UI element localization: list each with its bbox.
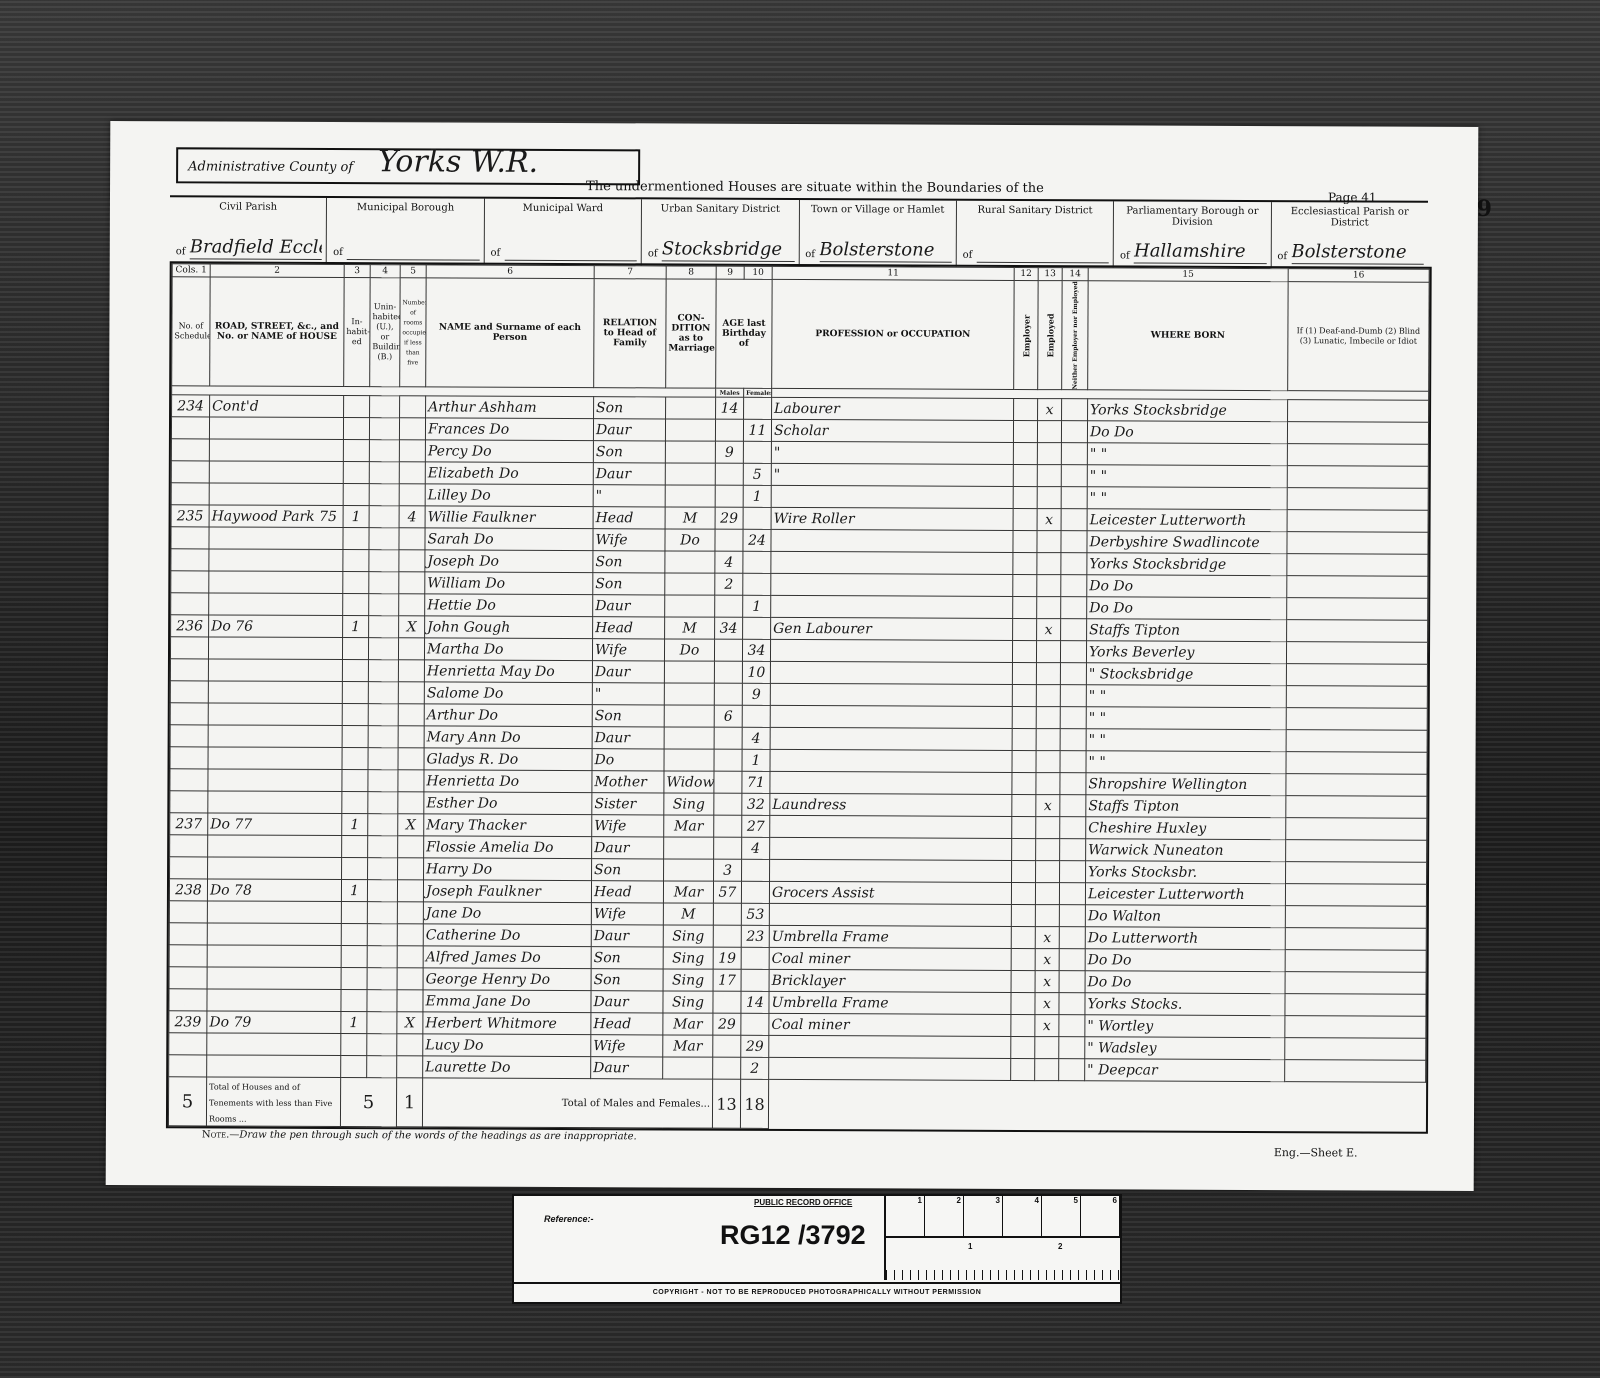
occupation [770, 684, 1012, 707]
reference-caption: Reference:- [544, 1214, 594, 1224]
header-relation: RELATION to Head of Family [594, 279, 666, 389]
road-house [209, 593, 343, 616]
total-houses-label: Total of Houses and of Tenements with le… [206, 1077, 340, 1127]
person-name: John Gough [425, 616, 593, 639]
occupation: Umbrella Frame [769, 926, 1011, 949]
rooms [399, 572, 425, 594]
district-value: Bolsterstone [819, 239, 951, 263]
age-female [743, 574, 771, 596]
road-house [207, 1033, 341, 1056]
rooms [397, 880, 423, 902]
age-female: 32 [742, 794, 770, 816]
condition [665, 551, 715, 573]
occupation [771, 530, 1013, 553]
copyright-notice: COPYRIGHT - NOT TO BE REPRODUCED PHOTOGR… [514, 1282, 1120, 1302]
occupation [770, 640, 1012, 663]
neither [1060, 861, 1086, 883]
infirmity [1287, 620, 1428, 643]
inhabited [342, 638, 368, 660]
rooms [397, 946, 423, 968]
age-male [713, 925, 741, 947]
neither [1061, 553, 1087, 575]
where-born: Do Do [1087, 421, 1287, 444]
occupation [771, 596, 1013, 619]
rooms [398, 704, 424, 726]
neither [1060, 641, 1086, 663]
occupation: Labourer [772, 398, 1014, 421]
neither [1060, 707, 1086, 729]
rooms [397, 968, 423, 990]
reference-code: RG12 /3792 [720, 1220, 866, 1251]
where-born: Yorks Stocksbridge [1088, 399, 1288, 422]
infirmity [1287, 598, 1428, 621]
employed [1037, 465, 1061, 487]
of-label: of [648, 248, 658, 259]
uninhabited [369, 484, 399, 506]
age-female: 1 [743, 486, 771, 508]
employed [1036, 729, 1060, 751]
occupation [770, 706, 1012, 729]
where-born: Leicester Lutterworth [1085, 883, 1285, 906]
relation: Daur [592, 661, 664, 683]
measurement-scale: 123456 12 [886, 1196, 1120, 1280]
age-female [743, 508, 771, 530]
infirmity [1288, 400, 1429, 423]
condition: Do [664, 639, 714, 661]
relation: Son [594, 397, 666, 419]
employer [1011, 1059, 1035, 1081]
employed [1037, 487, 1061, 509]
uninhabited [367, 990, 397, 1012]
employed [1036, 751, 1060, 773]
infirmity [1286, 708, 1427, 731]
schedule-number [170, 835, 208, 857]
district-value: Stocksbridge [662, 238, 794, 262]
boundaries-intro: The undermentioned Houses are situate wi… [586, 179, 1044, 196]
condition: M [665, 507, 715, 529]
infirmity [1286, 730, 1427, 753]
employer [1011, 993, 1035, 1015]
inhabited [342, 726, 368, 748]
where-born: " " [1086, 751, 1286, 774]
employed: x [1037, 509, 1061, 531]
rooms [398, 770, 424, 792]
person-name: Laurette Do [423, 1056, 591, 1079]
uninhabited [368, 836, 398, 858]
condition: Sing [664, 793, 714, 815]
inhabited: 1 [343, 506, 369, 528]
schedule-number [170, 747, 208, 769]
uninhabited [368, 770, 398, 792]
employed [1035, 905, 1059, 927]
where-born: " " [1086, 685, 1286, 708]
age-male [714, 639, 742, 661]
occupation [770, 728, 1012, 751]
of-label: of [490, 248, 500, 259]
age-female: 34 [742, 640, 770, 662]
schedule-number [171, 483, 209, 505]
uninhabited [368, 726, 398, 748]
age-female [742, 706, 770, 728]
neither [1061, 575, 1087, 597]
person-name: Elizabeth Do [425, 462, 593, 485]
schedule-number [170, 703, 208, 725]
occupation [771, 486, 1013, 509]
county-value: Yorks W.R. [378, 144, 538, 180]
road-house: Do 79 [207, 1011, 341, 1034]
column-number: 6 [426, 265, 594, 279]
of-label: of [963, 250, 973, 261]
road-house [207, 967, 341, 990]
person-name: Esther Do [424, 792, 592, 815]
relation: Daur [591, 925, 663, 947]
age-male [713, 1035, 741, 1057]
employer [1013, 619, 1037, 641]
road-house [209, 483, 343, 506]
schedule-number [171, 571, 209, 593]
condition: Sing [663, 925, 713, 947]
where-born: " Deepcar [1085, 1059, 1285, 1082]
age-male [715, 595, 743, 617]
employer [1011, 927, 1035, 949]
age-male: 4 [715, 551, 743, 573]
age-male [714, 749, 742, 771]
schedule-number [171, 461, 209, 483]
relation: Daur [591, 991, 663, 1013]
uninhabited [369, 418, 399, 440]
uninhabited [369, 572, 399, 594]
age-female: 9 [742, 684, 770, 706]
rooms [398, 638, 424, 660]
infirmity [1286, 774, 1427, 797]
uninhabited [367, 968, 397, 990]
age-male: 34 [715, 617, 743, 639]
scale-inch-mark: 1 [968, 1242, 972, 1251]
where-born: " " [1087, 443, 1287, 466]
relation: Wife [592, 639, 664, 661]
header-name: NAME and Surname of each Person [426, 278, 594, 388]
relation: Wife [591, 903, 663, 925]
age-female [741, 1014, 769, 1036]
rooms: X [397, 1012, 423, 1034]
inhabited [341, 968, 367, 990]
person-name: Alfred James Do [423, 946, 591, 969]
column-number: 11 [772, 266, 1014, 280]
census-table: Cols. 12345678910111213141516 No. of Sch… [166, 261, 1432, 1134]
where-born: Yorks Stocksbr. [1086, 861, 1286, 884]
inhabited [342, 836, 368, 858]
header-road: ROAD, STREET, &c., and No. or NAME of HO… [210, 277, 344, 387]
age-male [714, 683, 742, 705]
infirmity [1285, 884, 1426, 907]
person-name: Emma Jane Do [423, 990, 591, 1013]
inhabited [343, 462, 369, 484]
schedule-number: 236 [171, 615, 209, 637]
header-uninhabited: Unin-habited (U.), or Building (B.) [370, 278, 400, 387]
inhabited [343, 550, 369, 572]
infirmity [1285, 950, 1426, 973]
person-name: Joseph Faulkner [423, 880, 591, 903]
neither [1060, 839, 1086, 861]
employed: x [1035, 971, 1059, 993]
schedule-number [169, 967, 207, 989]
column-number: 3 [344, 265, 370, 278]
neither [1059, 927, 1085, 949]
employer [1011, 1015, 1035, 1037]
uninhabited [368, 682, 398, 704]
schedule-number: 238 [169, 879, 207, 901]
inhabited [341, 1034, 367, 1056]
age-male: 29 [715, 507, 743, 529]
schedule-number [171, 417, 209, 439]
relation: Wife [592, 815, 664, 837]
district-6: Parliamentary Borough or DivisionofHalla… [1114, 201, 1272, 268]
relation: Son [591, 969, 663, 991]
schedule-number [170, 681, 208, 703]
employer [1012, 707, 1036, 729]
age-female: 23 [741, 926, 769, 948]
condition [665, 441, 715, 463]
of-label: of [805, 249, 815, 260]
where-born: Staffs Tipton [1086, 795, 1286, 818]
header-males: Males [716, 388, 744, 397]
road-house [208, 659, 342, 682]
where-born: Yorks Beverley [1086, 641, 1286, 664]
inhabited [342, 792, 368, 814]
column-number: 9 [716, 266, 744, 279]
schedule-number [170, 637, 208, 659]
inhabited [343, 594, 369, 616]
schedule-number: 237 [170, 813, 208, 835]
road-house [209, 549, 343, 572]
relation: Head [593, 617, 665, 639]
schedule-number [170, 769, 208, 791]
total-females: 18 [740, 1080, 768, 1129]
condition: Do [665, 529, 715, 551]
employer [1013, 531, 1037, 553]
road-house: Do 78 [207, 879, 341, 902]
person-name: Harry Do [424, 858, 592, 881]
condition: Mar [663, 1013, 713, 1035]
where-born: Do Walton [1085, 905, 1285, 928]
where-born: Yorks Stocksbridge [1087, 553, 1287, 576]
age-female [741, 948, 769, 970]
infirmity [1287, 510, 1428, 533]
infirmity [1286, 840, 1427, 863]
rooms [398, 660, 424, 682]
person-name: Sarah Do [425, 528, 593, 551]
total-schedules: 5 [168, 1077, 206, 1126]
uninhabited [367, 902, 397, 924]
schedule-number [171, 593, 209, 615]
column-number: 12 [1014, 267, 1038, 280]
condition: Sing [663, 947, 713, 969]
employer [1013, 487, 1037, 509]
neither [1062, 399, 1088, 421]
road-house [208, 835, 342, 858]
where-born: Staffs Tipton [1087, 619, 1287, 642]
condition [663, 1057, 713, 1079]
uninhabited [368, 704, 398, 726]
scale-cm-mark: 5 [1042, 1196, 1081, 1236]
where-born: " " [1087, 487, 1287, 510]
age-female: 53 [741, 904, 769, 926]
rooms [399, 484, 425, 506]
age-female: 5 [743, 464, 771, 486]
uninhabited [368, 814, 398, 836]
total-persons-label: Total of Males and Females... [422, 1078, 712, 1128]
age-male [715, 529, 743, 551]
road-house [207, 901, 341, 924]
occupation: Coal miner [769, 1014, 1011, 1037]
age-female [743, 442, 771, 464]
header-neither: Neither Employer nor Employed [1062, 281, 1088, 390]
relation: Daur [591, 1057, 663, 1079]
person-name: Mary Ann Do [424, 726, 592, 749]
uninhabited [368, 748, 398, 770]
neither [1061, 443, 1087, 465]
district-label: Rural Sanitary District [957, 205, 1113, 217]
rooms [397, 924, 423, 946]
neither [1059, 1037, 1085, 1059]
neither [1060, 751, 1086, 773]
neither [1060, 817, 1086, 839]
where-born: Yorks Stocks. [1085, 993, 1285, 1016]
person-name: Arthur Do [424, 704, 592, 727]
district-2: Municipal Wardof [484, 199, 642, 266]
column-number: 16 [1288, 269, 1429, 283]
uninhabited [369, 594, 399, 616]
inhabited [343, 440, 369, 462]
employer [1012, 729, 1036, 751]
schedule-number [171, 549, 209, 571]
uninhabited [367, 924, 397, 946]
header-inhabited: In-habit-ed [344, 278, 370, 387]
infirmity [1286, 752, 1427, 775]
age-female: 29 [741, 1036, 769, 1058]
district-label: Civil Parish [170, 201, 326, 213]
employer [1012, 773, 1036, 795]
uninhabited [367, 946, 397, 968]
total-rooms: 1 [396, 1078, 422, 1127]
neither [1059, 971, 1085, 993]
district-3: Urban Sanitary DistrictofStocksbridge [642, 199, 800, 266]
road-house [209, 461, 343, 484]
inhabited [343, 528, 369, 550]
relation: Head [591, 881, 663, 903]
schedule-number [171, 439, 209, 461]
relation: Daur [593, 595, 665, 617]
condition [664, 661, 714, 683]
district-0: Civil ParishofBradfield Ecclesfield [170, 197, 328, 264]
rooms [398, 792, 424, 814]
person-name: Lilley Do [425, 484, 593, 507]
age-female: 4 [742, 838, 770, 860]
schedule-number [169, 989, 207, 1011]
employer [1011, 905, 1035, 927]
header-age: AGE last Birthday of [716, 279, 772, 388]
employer [1012, 641, 1036, 663]
employer [1013, 509, 1037, 531]
relation: Do [592, 749, 664, 771]
uninhabited [369, 506, 399, 528]
road-house [208, 747, 342, 770]
header-schedule: No. of Schedule [172, 277, 210, 386]
condition: Mar [663, 1035, 713, 1057]
occupation: Scholar [771, 420, 1013, 443]
occupation [770, 662, 1012, 685]
neither [1061, 487, 1087, 509]
age-female: 1 [743, 596, 771, 618]
inhabited [343, 572, 369, 594]
column-headers: No. of Schedule ROAD, STREET, &c., and N… [172, 277, 1429, 392]
person-name: Lucy Do [423, 1034, 591, 1057]
age-female [743, 552, 771, 574]
district-value: Hallamshire [1134, 240, 1266, 264]
inhabited [341, 990, 367, 1012]
road-house [207, 945, 341, 968]
age-female: 10 [742, 662, 770, 684]
employer [1012, 663, 1036, 685]
inhabited [344, 396, 370, 418]
person-name: Henrietta Do [424, 770, 592, 793]
inhabited: 1 [343, 616, 369, 638]
relation: Head [591, 1013, 663, 1035]
employer [1011, 949, 1035, 971]
age-male: 19 [713, 947, 741, 969]
header-employed: Employed [1038, 281, 1062, 390]
age-female [742, 860, 770, 882]
uninhabited [367, 1012, 397, 1034]
relation: " [592, 683, 664, 705]
occupation [771, 552, 1013, 575]
age-female [743, 618, 771, 640]
schedule-number [169, 901, 207, 923]
infirmity [1287, 576, 1428, 599]
condition [665, 573, 715, 595]
occupation: Umbrella Frame [769, 992, 1011, 1015]
condition [664, 749, 714, 771]
employed [1036, 707, 1060, 729]
schedule-number [169, 923, 207, 945]
occupation: Laundress [770, 794, 1012, 817]
employed: x [1035, 1015, 1059, 1037]
age-male [715, 485, 743, 507]
inhabited [342, 704, 368, 726]
district-1: Municipal Boroughof [327, 198, 485, 265]
employed [1036, 663, 1060, 685]
road-house: Haywood Park 75 [209, 505, 343, 528]
condition [666, 397, 716, 419]
uninhabited [369, 616, 399, 638]
infirmity [1286, 686, 1427, 709]
person-name: Frances Do [425, 418, 593, 441]
inhabited [341, 1056, 367, 1078]
condition [664, 727, 714, 749]
infirmity [1287, 554, 1428, 577]
person-name: Catherine Do [423, 924, 591, 947]
inhabited [342, 770, 368, 792]
relation: Head [593, 507, 665, 529]
inhabited [341, 946, 367, 968]
reference-label: Reference:- PUBLIC RECORD OFFICE RG12 /3… [512, 1194, 1122, 1304]
rooms [399, 528, 425, 550]
infirmity [1287, 422, 1428, 445]
employed [1037, 597, 1061, 619]
where-born: Derbyshire Swadlincote [1087, 531, 1287, 554]
condition [664, 683, 714, 705]
record-office-name: PUBLIC RECORD OFFICE [754, 1198, 852, 1207]
